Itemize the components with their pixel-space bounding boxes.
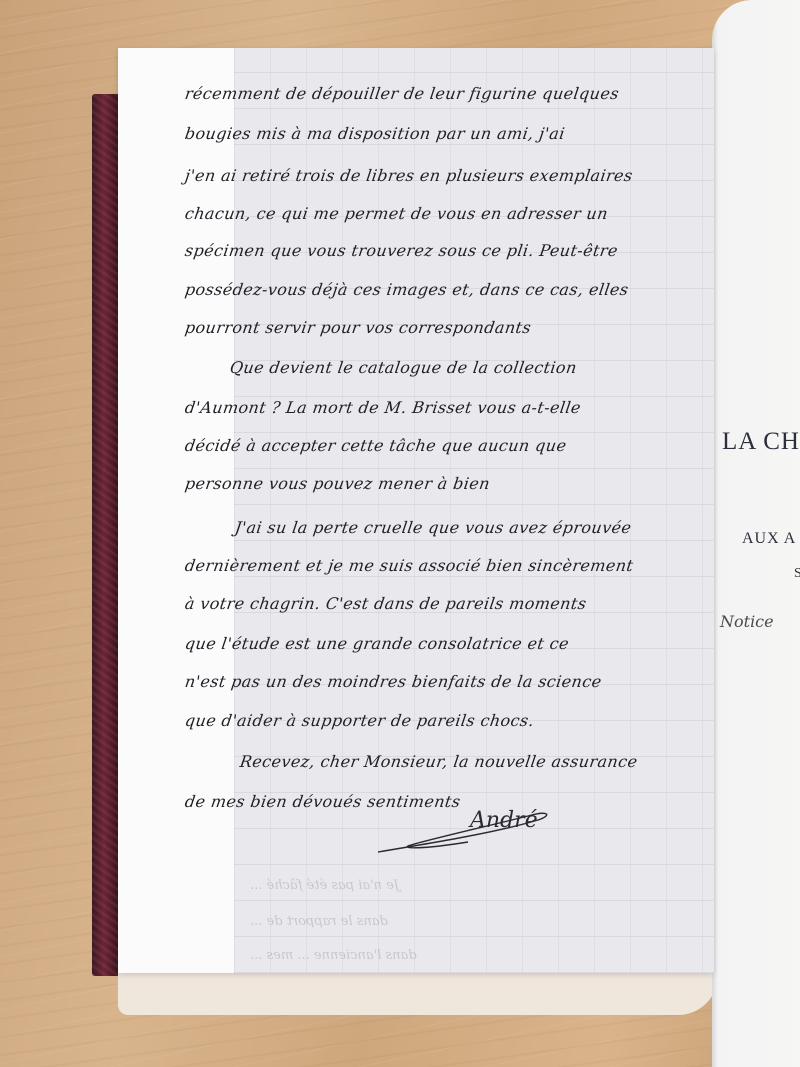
printed-title: LA CHA [722,428,800,456]
letter-line: J'ai su la perte cruelle que vous avez é… [234,518,757,537]
letter-line: personne vous pouvez mener à bien [184,474,707,493]
letter-line: à votre chagrin. C'est dans de pareils m… [184,594,707,613]
letter-line: j'en ai retiré trois de libres en plusie… [184,166,707,185]
letter-line: dernièrement et je me suis associé bien … [184,556,707,575]
letter-line: Recevez, cher Monsieur, la nouvelle assu… [239,752,762,771]
show-through-line: dans le rapport de ... [250,914,388,929]
letter-line: possédez-vous déjà ces images et, dans c… [184,280,707,299]
letter-line: bougies mis à ma disposition par un ami,… [184,124,707,143]
letter-line: spécimen que vous trouverez sous ce pli.… [184,241,707,260]
letter-line: que d'aider à supporter de pareils chocs… [184,711,707,730]
signature: André [470,808,538,833]
letter-line: pourront servir pour vos correspondants [184,318,707,337]
letter-line: décidé à accepter cette tâche que aucun … [184,436,707,455]
letter-fold-flap [118,48,234,973]
show-through-line: Je n'ai pas été fâché ... [250,878,399,893]
printed-subtitle-2: S [794,566,800,582]
letter-line: de mes bien dévoués sentiments [184,792,707,811]
show-through-line: dans l'ancienne ... mes ... [250,948,417,963]
letter-line: récemment de dépouiller de leur figurine… [184,84,707,103]
letter-line: Que devient le catalogue de la collectio… [229,358,752,377]
letter-line: chacun, ce qui me permet de vous en adre… [184,204,707,223]
letter-line: d'Aumont ? La mort de M. Brisset vous a-… [184,398,707,417]
letter-line: n'est pas un des moindres bienfaits de l… [184,672,707,691]
letter-line: que l'étude est une grande consolatrice … [184,634,707,653]
handwritten-note: Notice [720,612,774,631]
